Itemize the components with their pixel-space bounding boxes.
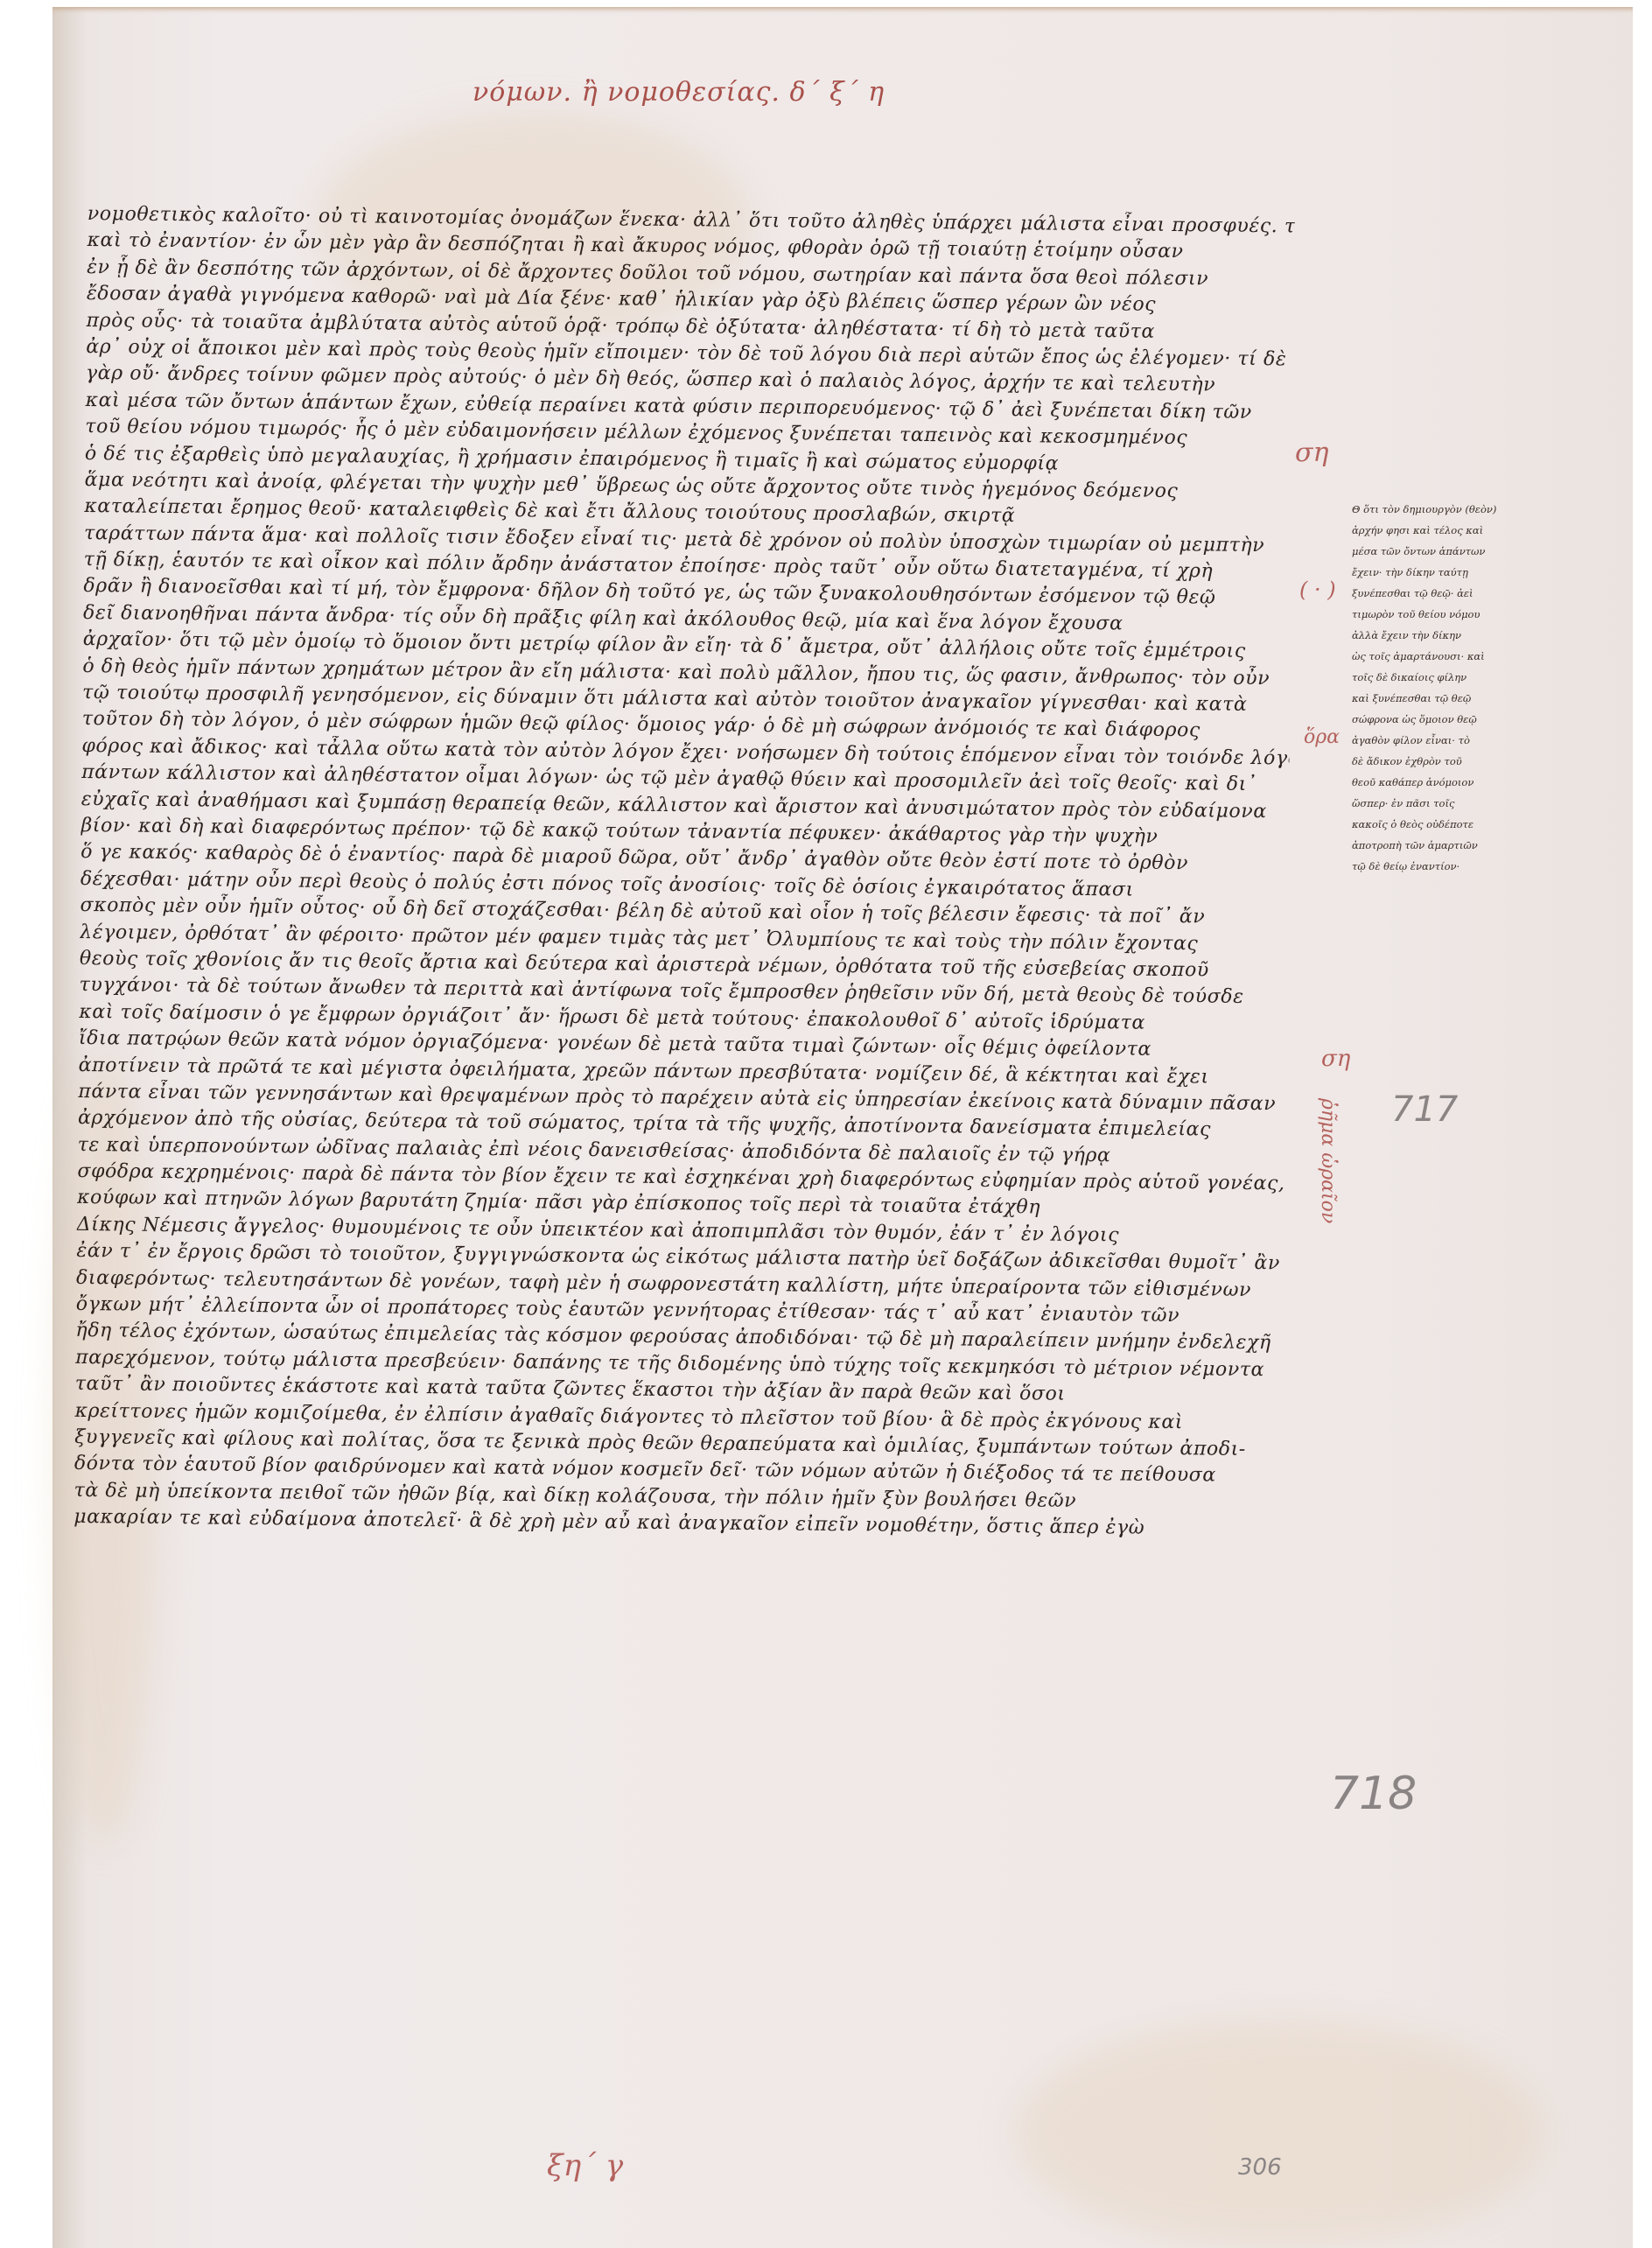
scholia-line: ξυνέπεσθαι τῷ θεῷ· ἀεὶ bbox=[1352, 583, 1562, 604]
parchment-stain bbox=[1015, 2020, 1540, 2247]
marginal-red-mark: ῥῆμα ὡραῖον bbox=[1317, 1098, 1339, 1223]
scholia-line: κακοῖς ὁ θεὸς οὐδέποτε bbox=[1352, 814, 1562, 835]
marginal-red-mark: ὅρα bbox=[1304, 726, 1340, 748]
bekker-page-number: 718 bbox=[1330, 1768, 1417, 1820]
scholia-line: σώφρονα ὡς ὅμοιον θεῷ bbox=[1352, 709, 1562, 730]
scholia-line: Θ ὅτι τὸν δημιουργὸν (θεὸν) bbox=[1352, 499, 1562, 520]
scholia-line: ὥσπερ· ἐν πᾶσι τοῖς bbox=[1352, 793, 1562, 814]
quire-signature: ξη΄ γ bbox=[547, 2148, 623, 2183]
scholia-line: δὲ ἄδικον ἐχθρὸν τοῦ bbox=[1352, 751, 1562, 772]
marginal-red-mark: ( · ) bbox=[1299, 578, 1336, 602]
scholia-line: τιμωρὸν τοῦ θείου νόμου bbox=[1352, 604, 1562, 625]
scholia-line: ἔχειν· τὴν δίκην ταύτῃ bbox=[1352, 562, 1562, 583]
folio-number: 306 bbox=[1238, 2154, 1282, 2181]
scholia-line: ἀποτροπὴ τῶν ἁμαρτιῶν bbox=[1352, 835, 1562, 856]
scholia-line: θεοῦ καθάπερ ἀνόμοιον bbox=[1352, 772, 1562, 793]
scholia-line: τῷ δὲ θείῳ ἐναντίον· bbox=[1352, 856, 1562, 877]
marginal-red-mark: ση bbox=[1321, 1046, 1350, 1072]
marginal-red-mark: ση bbox=[1295, 438, 1328, 468]
scholia-line: μέσα τῶν ὄντων ἁπάντων bbox=[1352, 541, 1562, 562]
bekker-page-number: 717 bbox=[1391, 1089, 1458, 1130]
scholia-line: τοῖς δὲ δικαίοις φίλην bbox=[1352, 667, 1562, 688]
scholia-line: ἀλλὰ ἔχειν τὴν δίκην bbox=[1352, 625, 1562, 646]
scholia-line: ἀγαθὸν φίλον εἶναι· τὸ bbox=[1352, 730, 1562, 751]
running-header: νόμων. ἢ νομοθεσίας. δ΄ ξ΄ η bbox=[472, 77, 885, 108]
marginal-scholia: Θ ὅτι τὸν δημιουργὸν (θεὸν)ἀρχήν φησι κα… bbox=[1352, 499, 1562, 877]
main-text-column: νομοθετικὸς καλοῖτο· οὐ τὶ καινοτομίας ὀ… bbox=[68, 201, 1294, 2016]
scholia-line: ὡς τοῖς ἁμαρτάνουσι· καὶ bbox=[1352, 646, 1562, 667]
scholia-line: ἀρχήν φησι καὶ τέλος καὶ bbox=[1352, 520, 1562, 541]
scholia-line: καὶ ξυνέπεσθαι τῷ θεῷ bbox=[1352, 688, 1562, 709]
